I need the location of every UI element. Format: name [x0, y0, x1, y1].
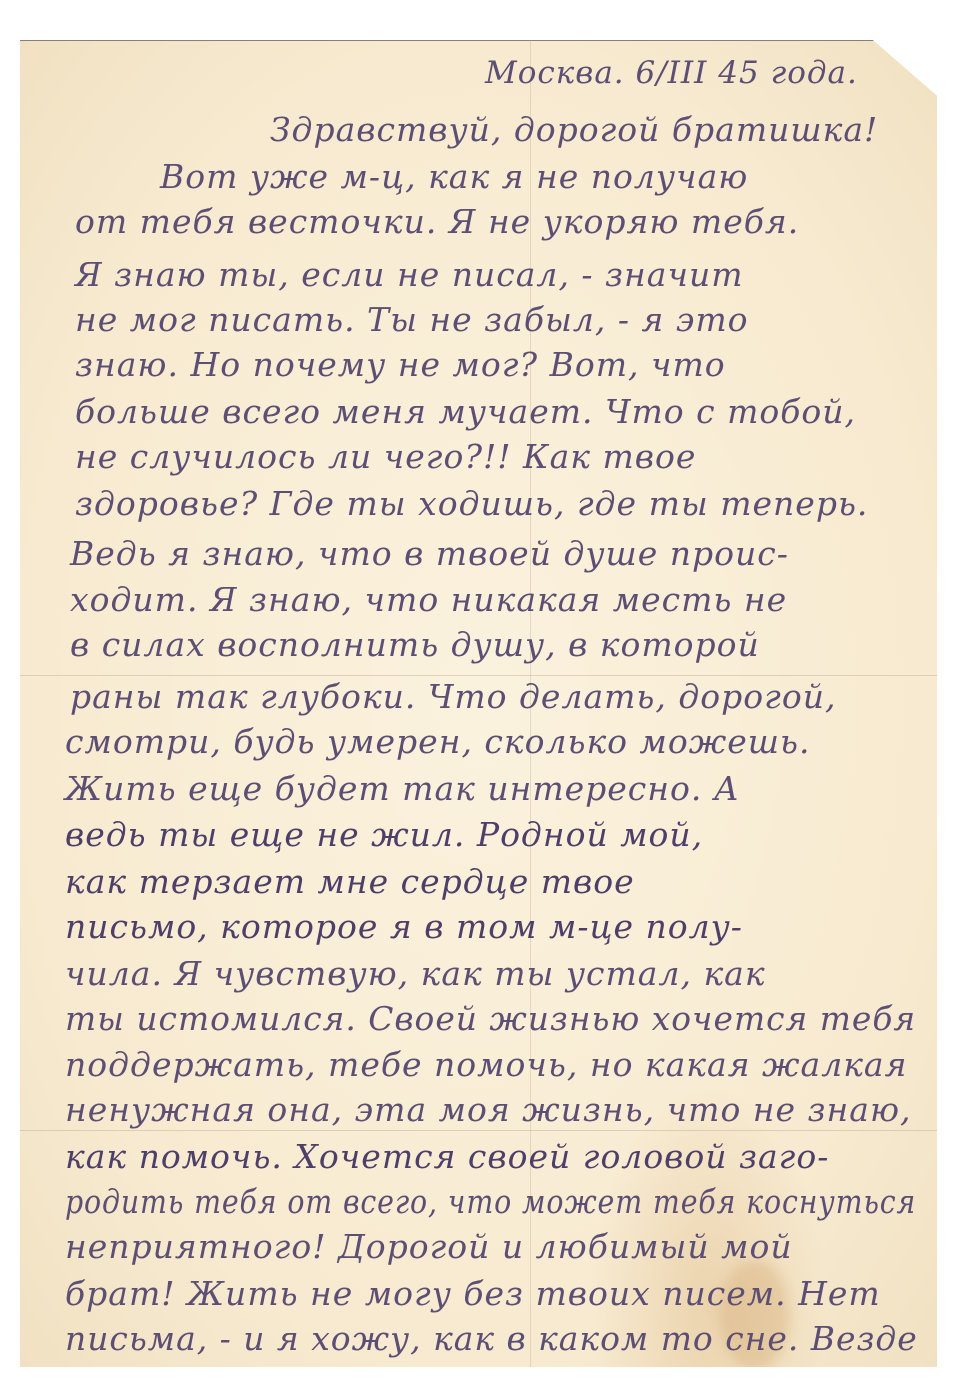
letter-line: Жить еще будет так интересно. А [65, 772, 740, 805]
greeting: Здравствуй, дорогой братишка! [270, 113, 878, 146]
letter-line: Я знаю ты, если не писал, - значит [75, 258, 744, 291]
letter-line: ходит. Я знаю, что никакая месть не [70, 583, 787, 616]
letter-line: как терзает мне сердце твое [65, 865, 635, 898]
letter-line: как помочь. Хочется своей головой заго- [65, 1140, 829, 1173]
letter-line: Ведь я знаю, что в твоей душе проис- [70, 537, 789, 570]
place-date: Москва. 6/III 45 года. [485, 58, 858, 89]
letter-line: не случилось ли чего?!! Как твое [75, 440, 696, 473]
letter-line: письма, - и я хожу, как в каком то сне. … [65, 1322, 918, 1355]
letter-line: от тебя весточки. Я не укоряю тебя. [75, 205, 799, 238]
letter-line: поддержать, тебе помочь, но какая жалкая [65, 1048, 907, 1081]
letter-line: ты истомился. Своей жизнью хочется тебя [65, 1002, 916, 1035]
letter-line: Вот уже м-ц, как я не получаю [160, 160, 748, 193]
letter-page: Москва. 6/III 45 года. Здравствуй, дорог… [20, 40, 937, 1367]
letter-line: знаю. Но почему не мог? Вот, что [75, 348, 726, 381]
letter-line: родить тебя от всего, что может тебя кос… [65, 1185, 916, 1218]
letter-line: раны так глубоки. Что делать, дорогой, [70, 680, 836, 713]
letter-line: здоровье? Где ты ходишь, где ты теперь. [75, 487, 868, 520]
letter-line: больше всего меня мучает. Что с тобой, [75, 395, 856, 428]
letter-line: ненужная она, эта моя жизнь, что не знаю… [65, 1093, 912, 1126]
fold-crease-horizontal [20, 675, 937, 676]
letter-line: письмо, которое я в том м-це полу- [65, 910, 743, 943]
letter-line: в силах восполнить душу, в которой [70, 628, 760, 661]
letter-line: неприятного! Дорогой и любимый мой [65, 1230, 793, 1263]
fold-crease-horizontal [20, 1130, 937, 1131]
letter-line: брат! Жить не могу без твоих писем. Нет [65, 1277, 881, 1310]
letter-line: смотри, будь умерен, сколько можешь. [65, 725, 811, 758]
letter-line: чила. Я чувствую, как ты устал, как [65, 957, 766, 990]
letter-line: ведь ты еще не жил. Родной мой, [65, 818, 703, 851]
letter-line: не мог писать. Ты не забыл, - я это [75, 303, 749, 336]
